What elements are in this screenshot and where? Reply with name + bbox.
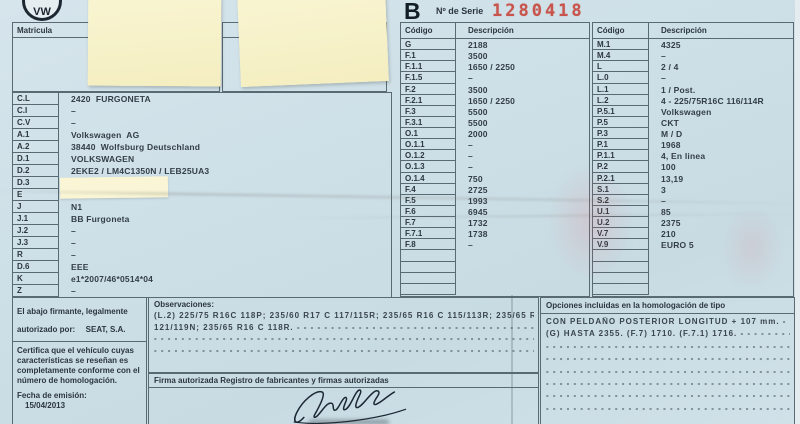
table-row: F.1.5 –	[401, 72, 589, 83]
table-row: P.1 1968	[593, 139, 793, 150]
row-code: F.7.1	[401, 228, 456, 239]
row-code	[401, 284, 456, 295]
row-code: F.4	[401, 184, 456, 195]
table-row: M.1 4325	[593, 39, 793, 50]
engine-data-table: Código Descripción M.1 4325 M.4 – L 2 / …	[592, 22, 794, 297]
table-row	[401, 250, 589, 261]
row-code: O.1.1	[401, 139, 456, 150]
row-value: –	[649, 72, 666, 83]
row-code: R	[13, 249, 59, 261]
table-row: C.I –	[13, 105, 391, 117]
table-row: O.1.1 –	[401, 139, 589, 150]
observaciones-line: (L.2) 225/75 R16C 118P; 235/60 R17 C 117…	[154, 311, 534, 323]
col-header-codigo: Código	[593, 23, 649, 38]
table-row: C.L 2420 FURGONETA	[13, 93, 391, 105]
opciones-line: - - - - - - - - - - - - - - - - - - - - …	[546, 367, 790, 379]
table-row: F.7 1732	[401, 217, 589, 228]
table-row: P.5.1 Volkswagen	[593, 106, 793, 117]
observaciones-title: Observaciones:	[149, 298, 538, 310]
row-value: M / D	[649, 128, 682, 139]
row-code: V.9	[593, 239, 649, 250]
opciones-title: Opciones incluidas en la homologación de…	[541, 298, 794, 314]
row-code: F.2.1	[401, 95, 456, 106]
row-value: 2375	[649, 217, 681, 228]
row-code: J	[13, 201, 59, 213]
opciones-line: (G) HASTA 2355. (F.7) 1710. (F.7.1) 1716…	[546, 329, 790, 341]
row-value: 1732	[456, 217, 488, 228]
opciones-line: - - - - - - - - - - - - - - - - - - - - …	[546, 354, 790, 366]
row-value: 1738	[456, 228, 488, 239]
row-value: 6945	[456, 206, 488, 217]
row-value: Volkswagen	[649, 106, 712, 117]
row-value	[649, 273, 661, 284]
table-row: C.V –	[13, 117, 391, 129]
table-row: L 2 / 4	[593, 61, 793, 72]
row-value: 1650 / 2250	[456, 61, 515, 72]
row-value: 3	[649, 184, 666, 195]
row-value: EURO 5	[649, 239, 694, 250]
row-code: F.5	[401, 195, 456, 206]
row-value: CKT	[649, 117, 679, 128]
table-row: A.1 Volkswagen AG	[13, 129, 391, 141]
row-value: –	[649, 195, 666, 206]
row-code: F.1.5	[401, 72, 456, 83]
table-row: L.0 –	[593, 72, 793, 83]
row-code: U.2	[593, 217, 649, 228]
row-value: 2725	[456, 184, 488, 195]
table-row: J N1	[13, 201, 391, 213]
row-code: O.1.4	[401, 173, 456, 184]
row-value	[456, 262, 468, 273]
row-value: 2420 FURGONETA	[59, 93, 151, 105]
table-row: J.1 BB Furgoneta	[13, 213, 391, 225]
sticky-note-e-row	[60, 176, 168, 199]
row-code: P.3	[593, 128, 649, 139]
table-row: D.1 VOLKSWAGEN	[13, 153, 391, 165]
row-code: L.0	[593, 72, 649, 83]
row-code: M.1	[593, 39, 649, 50]
row-value: 3500	[456, 84, 488, 95]
emission-date-label: Fecha de emisión:	[17, 391, 87, 401]
table-row	[593, 273, 793, 284]
row-value: 210	[649, 228, 676, 239]
row-value: 5500	[456, 106, 488, 117]
row-value	[456, 250, 468, 261]
table-row: P.2.1 13,19	[593, 173, 793, 184]
row-value: –	[59, 285, 76, 297]
row-value: –	[456, 150, 473, 161]
table-row	[593, 250, 793, 261]
table-row: F.2 3500	[401, 84, 589, 95]
row-value: 1993	[456, 195, 488, 206]
row-code: F.1	[401, 50, 456, 61]
row-value	[649, 262, 661, 273]
table-row: F.3 5500	[401, 106, 589, 117]
row-value: N1	[59, 201, 82, 213]
observaciones-line: - - - - - - - - - - - - - - - - - - - - …	[154, 346, 534, 358]
firma-box: Firma autorizada Registro de fabricantes…	[148, 373, 539, 424]
opciones-line: - - - - - - - - - - - - - - - - - - - - …	[546, 404, 790, 416]
row-value: –	[456, 72, 473, 83]
scan-edge-right	[795, 0, 800, 424]
row-code	[401, 250, 456, 261]
table-row: M.4 –	[593, 50, 793, 61]
row-code	[593, 273, 649, 284]
row-code: L.1	[593, 84, 649, 95]
row-value: 2 / 4	[649, 61, 679, 72]
row-value: EEE	[59, 261, 89, 273]
declaration-company: SEAT, S.A.	[80, 325, 126, 334]
table-row: V.7 210	[593, 228, 793, 239]
table-row	[593, 262, 793, 273]
row-code: F.3	[401, 106, 456, 117]
matricula-label: Matricula	[13, 26, 52, 35]
row-value: –	[59, 117, 76, 129]
row-value: 100	[649, 161, 676, 172]
row-code: F.7	[401, 217, 456, 228]
row-code: O.1.3	[401, 161, 456, 172]
row-value: –	[649, 50, 666, 61]
opciones-box: Opciones incluidas en la homologación de…	[540, 297, 795, 424]
row-value: 85	[649, 206, 671, 217]
opciones-line: - - - - - - - - - - - - - - - - - - - - …	[546, 379, 790, 391]
row-value: –	[59, 249, 76, 261]
row-code: F.1.1	[401, 61, 456, 72]
table-row: J.3 –	[13, 237, 391, 249]
row-value: 4 - 225/75R16C 116/114R	[649, 95, 764, 106]
row-value: 2EKE2 / LM4C1350N / LEB25UA3	[59, 165, 209, 177]
row-value: VOLKSWAGEN	[59, 153, 134, 165]
row-code	[593, 262, 649, 273]
row-code: P.5.1	[593, 106, 649, 117]
row-code: G	[401, 39, 456, 50]
row-code: L	[593, 61, 649, 72]
row-value: 2000	[456, 128, 488, 139]
table-row	[593, 284, 793, 295]
row-code: F.2	[401, 84, 456, 95]
table-row: F.1 3500	[401, 50, 589, 61]
row-value: 3500	[456, 50, 488, 61]
row-value: 5500	[456, 117, 488, 128]
col-header-codigo: Código	[401, 23, 456, 38]
table-row	[401, 262, 589, 273]
table-row: V.9 EURO 5	[593, 239, 793, 250]
table-row: S.2 –	[593, 195, 793, 206]
sticky-note-left	[88, 0, 222, 86]
opciones-line: CON PELDAÑO POSTERIOR LONGITUD + 107 mm.…	[546, 317, 790, 329]
row-code: C.V	[13, 117, 59, 129]
row-code: P.2	[593, 161, 649, 172]
opciones-line: - - - - - - - - - - - - - - - - - - - - …	[546, 391, 790, 403]
table-row: K e1*2007/46*0514*04	[13, 273, 391, 285]
row-code	[401, 273, 456, 284]
row-code: P.2.1	[593, 173, 649, 184]
table-row: O.1.2 –	[401, 150, 589, 161]
table-row: F.4 2725	[401, 184, 589, 195]
table-row: F.8 –	[401, 239, 589, 250]
table-row: U.2 2375	[593, 217, 793, 228]
row-value: 13,19	[649, 173, 683, 184]
row-code: S.2	[593, 195, 649, 206]
table-row: F.6 6945	[401, 206, 589, 217]
row-value	[649, 250, 661, 261]
table-row	[401, 284, 589, 295]
dimensions-table: Código Descripción G 2188 F.1 3500 F.1.1…	[400, 22, 590, 297]
serial-label: Nº de Serie	[436, 6, 483, 16]
row-code: V.7	[593, 228, 649, 239]
row-value: –	[456, 139, 473, 150]
row-code: P.1.1	[593, 150, 649, 161]
table-row: J.2 –	[13, 225, 391, 237]
row-code	[593, 284, 649, 295]
row-code	[401, 262, 456, 273]
row-value	[649, 284, 661, 295]
row-code: A.2	[13, 141, 59, 153]
sticky-note-middle	[237, 0, 389, 87]
table-row: P.5 CKT	[593, 117, 793, 128]
row-code: D.1	[13, 153, 59, 165]
row-code: D.3	[13, 177, 59, 189]
table-row: D.6 EEE	[13, 261, 391, 273]
row-value: 38440 Wolfsburg Deutschland	[59, 141, 200, 153]
table-row: F.3.1 5500	[401, 117, 589, 128]
table-row: F.5 1993	[401, 195, 589, 206]
row-code: J.1	[13, 213, 59, 225]
row-code	[593, 250, 649, 261]
row-value	[456, 284, 468, 295]
row-value: BB Furgoneta	[59, 213, 130, 225]
row-value	[456, 273, 468, 284]
row-value: Volkswagen AG	[59, 129, 139, 141]
table-row: O.1 2000	[401, 128, 589, 139]
scanned-homologation-certificate: VW B Nº de Serie 1280418 Matricula C C.L…	[0, 0, 800, 424]
row-code: Z	[13, 285, 59, 297]
row-code: M.4	[593, 50, 649, 61]
observaciones-line: - - - - - - - - - - - - - - - - - - - - …	[154, 334, 534, 346]
table-row: L.2 4 - 225/75R16C 116/114R	[593, 95, 793, 106]
vw-logo-mark: VW	[33, 7, 51, 18]
row-code: P.5	[593, 117, 649, 128]
row-code: F.3.1	[401, 117, 456, 128]
row-code: P.1	[593, 139, 649, 150]
row-code: J.3	[13, 237, 59, 249]
row-value: 4325	[649, 39, 681, 50]
row-code: K	[13, 273, 59, 285]
row-value: 1650 / 2250	[456, 95, 515, 106]
row-value: –	[456, 161, 473, 172]
opciones-line: - - - - - - - - - - - - - - - - - - - - …	[546, 342, 790, 354]
row-code: D.2	[13, 165, 59, 177]
row-value: 1 / Post.	[649, 84, 695, 95]
table-row: D.2 2EKE2 / LM4C1350N / LEB25UA3	[13, 165, 391, 177]
table-row: L.1 1 / Post.	[593, 84, 793, 95]
observaciones-box: Observaciones: (L.2) 225/75 R16C 118P; 2…	[148, 297, 539, 373]
table-row	[401, 273, 589, 284]
table-row: P.1.1 4, En linea	[593, 150, 793, 161]
row-code: F.8	[401, 239, 456, 250]
table-row: F.7.1 1738	[401, 228, 589, 239]
vw-logo: VW	[22, 0, 62, 21]
table-row: S.1 3	[593, 184, 793, 195]
row-value: –	[59, 225, 76, 237]
table-row: P.2 100	[593, 161, 793, 172]
row-code: F.6	[401, 206, 456, 217]
row-code: D.6	[13, 261, 59, 273]
row-code: E	[13, 189, 59, 201]
table-row: O.1.4 750	[401, 173, 589, 184]
row-value: 750	[456, 173, 483, 184]
row-code: O.1	[401, 128, 456, 139]
declaration-body: Certifica que el vehículo cuyas caracter…	[13, 342, 146, 390]
row-code: S.1	[593, 184, 649, 195]
serial-number: 1280418	[492, 1, 585, 21]
row-value: –	[59, 105, 76, 117]
table-row: Z –	[13, 285, 391, 297]
declaration-box: El abajo firmante, legalmente autorizado…	[12, 297, 147, 424]
table-row: F.1.1 1650 / 2250	[401, 61, 589, 72]
table-row: A.2 38440 Wolfsburg Deutschland	[13, 141, 391, 153]
table-row: R –	[13, 249, 391, 261]
table-row: O.1.3 –	[401, 161, 589, 172]
col-header-descripcion: Descripción	[649, 26, 707, 35]
col-header-descripcion: Descripción	[456, 26, 514, 35]
table-row: P.3 M / D	[593, 128, 793, 139]
row-value: –	[59, 237, 76, 249]
table-row: F.2.1 1650 / 2250	[401, 95, 589, 106]
row-value: e1*2007/46*0514*04	[59, 273, 153, 285]
row-value: –	[456, 239, 473, 250]
row-code: O.1.2	[401, 150, 456, 161]
row-value: 2188	[456, 39, 488, 50]
emission-date: 15/04/2013	[17, 401, 87, 411]
row-code: L.2	[593, 95, 649, 106]
table-row: G 2188	[401, 39, 589, 50]
row-code: C.I	[13, 105, 59, 117]
row-value: 4, En linea	[649, 150, 705, 161]
row-code: A.1	[13, 129, 59, 141]
row-code: J.2	[13, 225, 59, 237]
row-code: U.1	[593, 206, 649, 217]
row-code: C.L	[13, 93, 59, 105]
signature	[286, 378, 419, 424]
row-value: 1968	[649, 139, 681, 150]
table-row: U.1 85	[593, 206, 793, 217]
observaciones-line: 121/119N; 235/65 R16 C 118R. - - - - - -…	[154, 323, 534, 335]
